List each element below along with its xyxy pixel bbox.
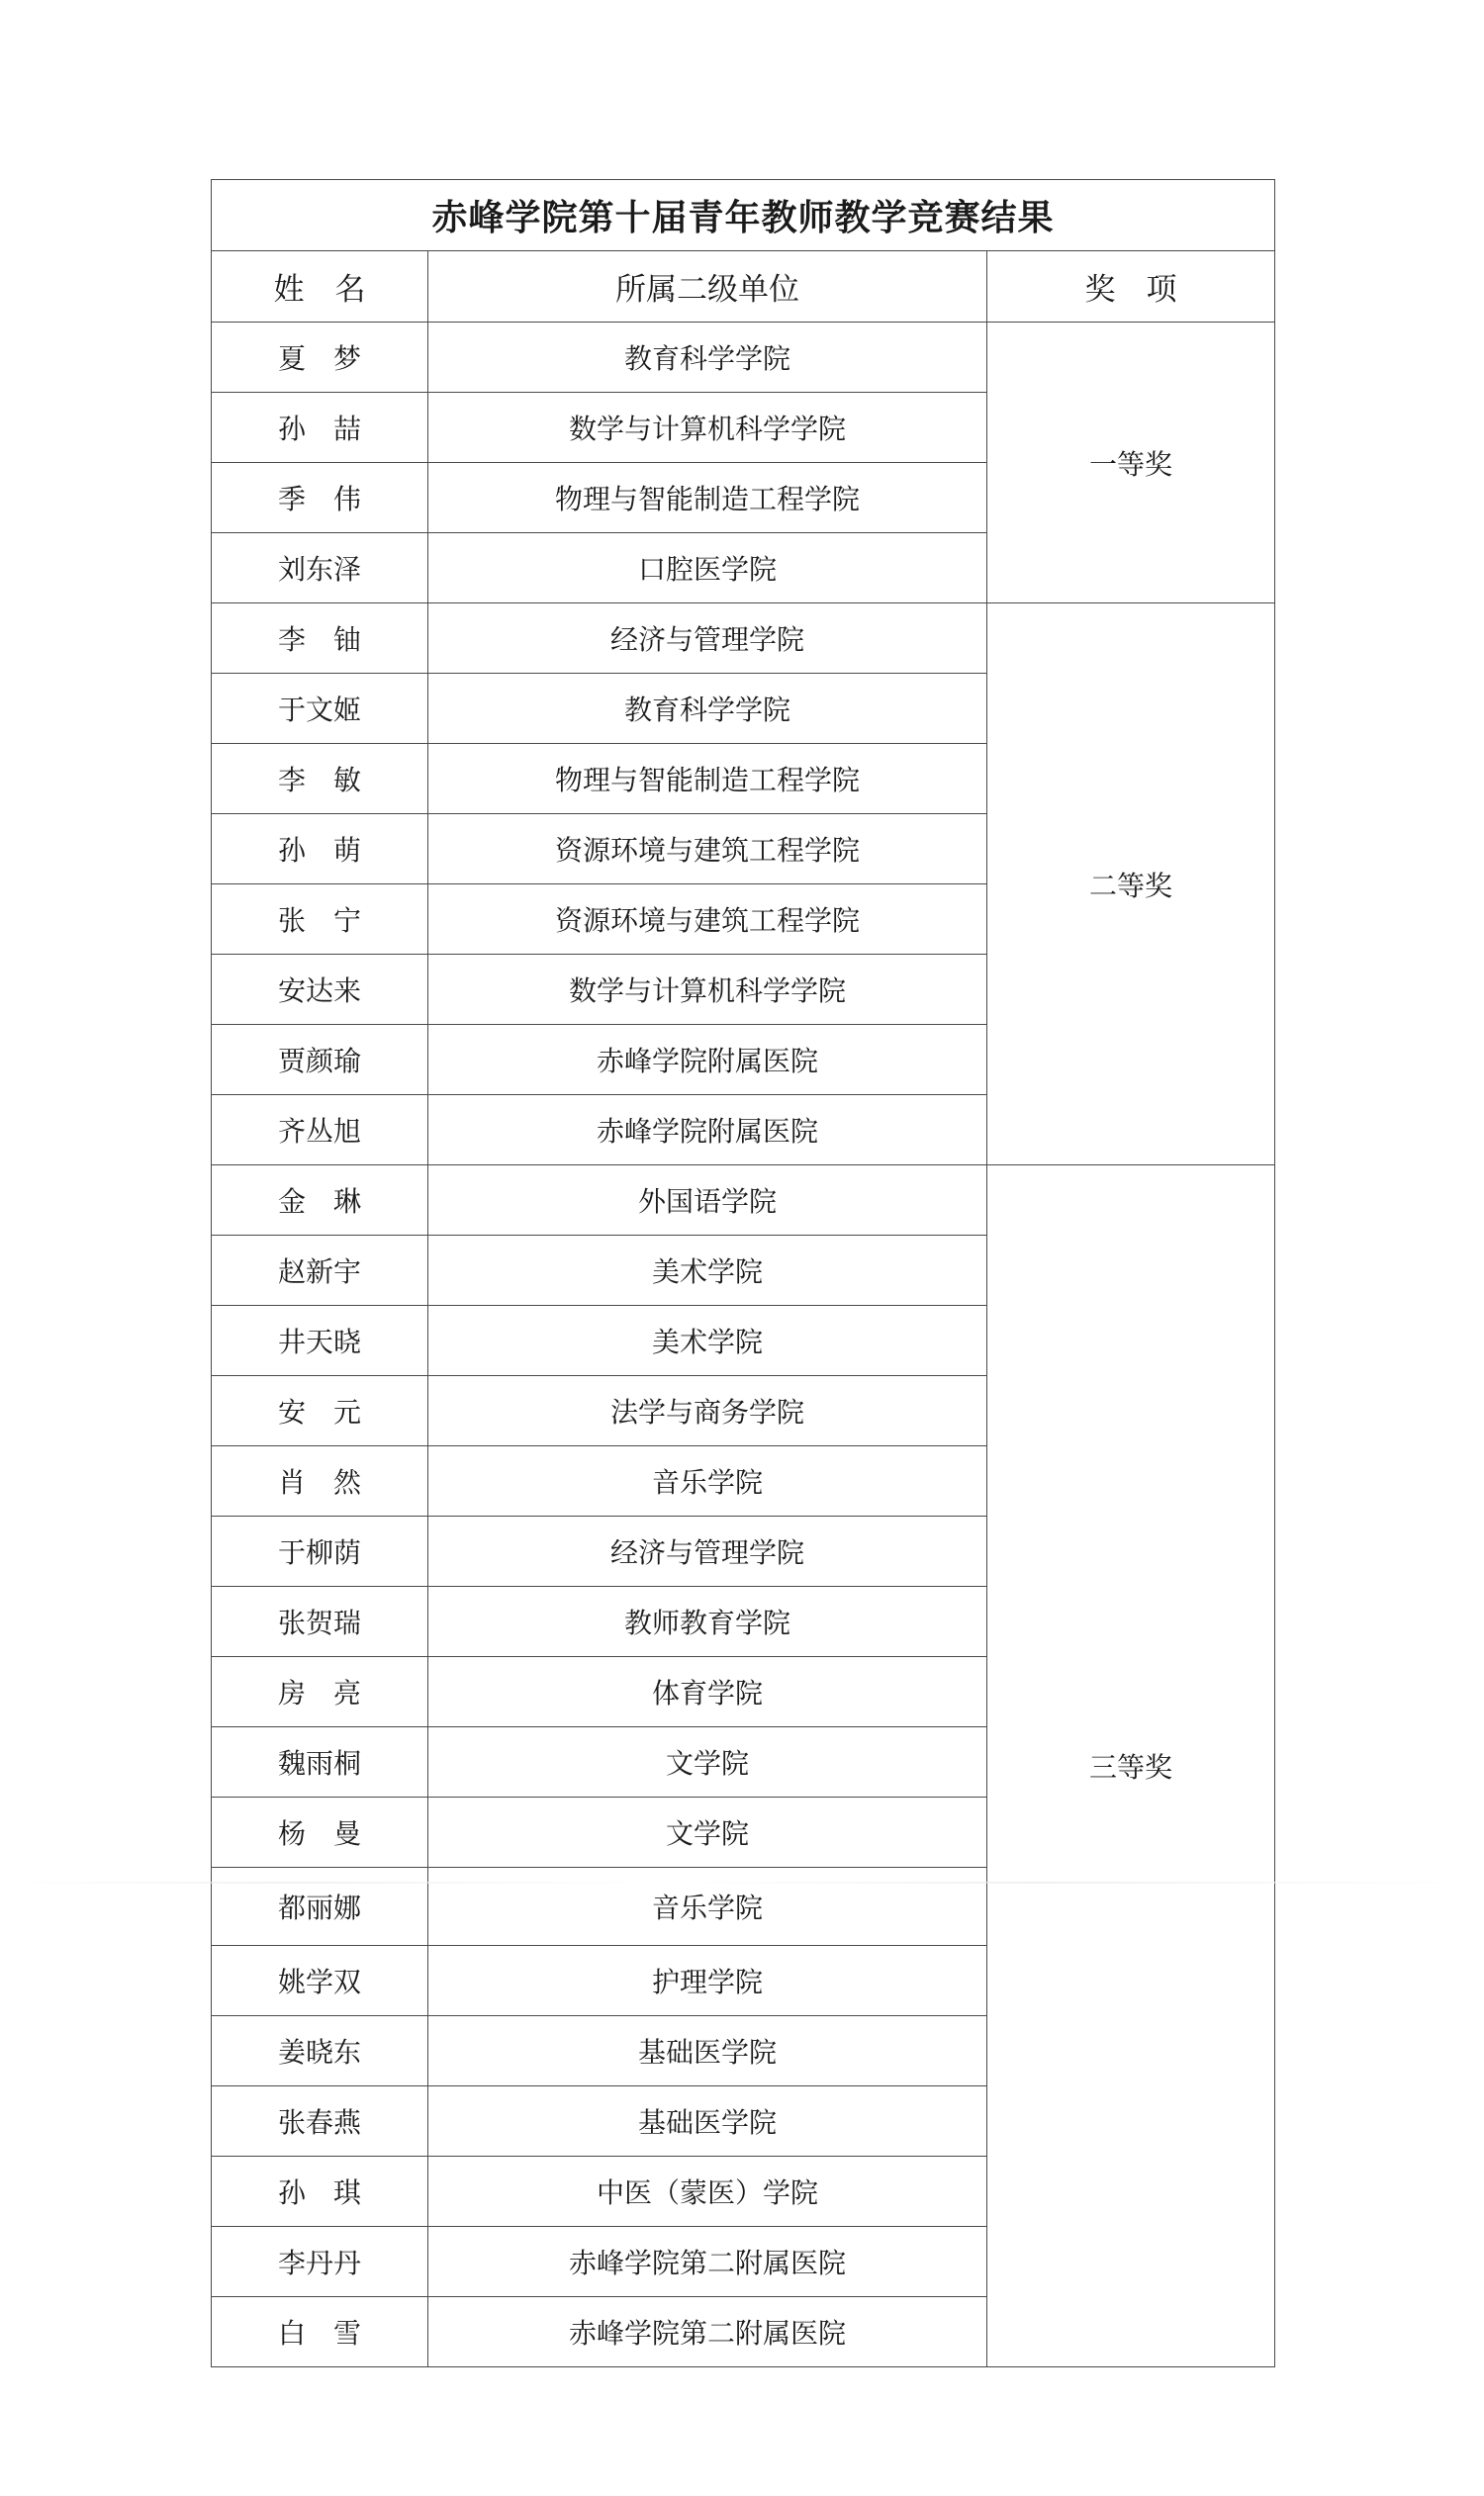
award-cell-third: 三等奖 [987, 1165, 1275, 2367]
table-row: 夏 梦 教育科学学院 一等奖 [212, 323, 1275, 393]
unit-cell: 护理学院 [428, 1946, 987, 2016]
unit-cell: 赤峰学院第二附属医院 [428, 2297, 987, 2367]
name-cell: 孙 萌 [212, 814, 428, 884]
name-cell: 刘东泽 [212, 533, 428, 603]
name-cell: 于文姬 [212, 674, 428, 744]
name-cell: 姚学双 [212, 1946, 428, 2016]
unit-cell: 体育学院 [428, 1657, 987, 1727]
name-cell: 安达来 [212, 955, 428, 1025]
name-cell: 都丽娜 [212, 1868, 428, 1946]
header-name: 姓 名 [212, 251, 428, 323]
award-cell-second: 二等奖 [987, 603, 1275, 1165]
unit-cell: 资源环境与建筑工程学院 [428, 814, 987, 884]
header-award: 奖 项 [987, 251, 1275, 323]
unit-cell: 物理与智能制造工程学院 [428, 744, 987, 814]
unit-cell: 教师教育学院 [428, 1587, 987, 1657]
table-title: 赤峰学院第十届青年教师教学竞赛结果 [212, 180, 1275, 251]
name-cell: 姜晓东 [212, 2016, 428, 2086]
name-cell: 李 敏 [212, 744, 428, 814]
name-cell: 杨 曼 [212, 1798, 428, 1868]
unit-cell: 基础医学院 [428, 2016, 987, 2086]
name-cell: 孙 琪 [212, 2157, 428, 2227]
unit-cell: 音乐学院 [428, 1446, 987, 1517]
name-cell: 赵新宇 [212, 1236, 428, 1306]
name-cell: 贾颜瑜 [212, 1025, 428, 1095]
unit-cell: 经济与管理学院 [428, 1517, 987, 1587]
award-cell-first: 一等奖 [987, 323, 1275, 603]
unit-cell: 教育科学学院 [428, 674, 987, 744]
unit-cell: 物理与智能制造工程学院 [428, 463, 987, 533]
results-table: 赤峰学院第十届青年教师教学竞赛结果 姓 名 所属二级单位 奖 项 夏 梦 教育科… [211, 179, 1275, 2367]
name-cell: 夏 梦 [212, 323, 428, 393]
name-cell: 张 宁 [212, 884, 428, 955]
unit-cell: 中医（蒙医）学院 [428, 2157, 987, 2227]
unit-cell: 资源环境与建筑工程学院 [428, 884, 987, 955]
name-cell: 井天晓 [212, 1306, 428, 1376]
unit-cell: 赤峰学院第二附属医院 [428, 2227, 987, 2297]
name-cell: 房 亮 [212, 1657, 428, 1727]
name-cell: 安 元 [212, 1376, 428, 1446]
name-cell: 金 琳 [212, 1165, 428, 1236]
unit-cell: 数学与计算机科学学院 [428, 955, 987, 1025]
name-cell: 张春燕 [212, 2086, 428, 2157]
table-row: 李 铀 经济与管理学院 二等奖 [212, 603, 1275, 674]
unit-cell: 基础医学院 [428, 2086, 987, 2157]
header-unit: 所属二级单位 [428, 251, 987, 323]
unit-cell: 口腔医学院 [428, 533, 987, 603]
name-cell: 魏雨桐 [212, 1727, 428, 1798]
unit-cell: 文学院 [428, 1727, 987, 1798]
unit-cell: 教育科学学院 [428, 323, 987, 393]
name-cell: 于柳荫 [212, 1517, 428, 1587]
unit-cell: 法学与商务学院 [428, 1376, 987, 1446]
unit-cell: 美术学院 [428, 1236, 987, 1306]
unit-cell: 文学院 [428, 1798, 987, 1868]
unit-cell: 美术学院 [428, 1306, 987, 1376]
name-cell: 张贺瑞 [212, 1587, 428, 1657]
unit-cell: 外国语学院 [428, 1165, 987, 1236]
name-cell: 白 雪 [212, 2297, 428, 2367]
unit-cell: 数学与计算机科学学院 [428, 393, 987, 463]
unit-cell: 赤峰学院附属医院 [428, 1095, 987, 1165]
name-cell: 肖 然 [212, 1446, 428, 1517]
unit-cell: 经济与管理学院 [428, 603, 987, 674]
table-row: 金 琳 外国语学院 三等奖 [212, 1165, 1275, 1236]
name-cell: 季 伟 [212, 463, 428, 533]
name-cell: 齐丛旭 [212, 1095, 428, 1165]
name-cell: 李 铀 [212, 603, 428, 674]
name-cell: 李丹丹 [212, 2227, 428, 2297]
name-cell: 孙 喆 [212, 393, 428, 463]
unit-cell: 音乐学院 [428, 1868, 987, 1946]
unit-cell: 赤峰学院附属医院 [428, 1025, 987, 1095]
